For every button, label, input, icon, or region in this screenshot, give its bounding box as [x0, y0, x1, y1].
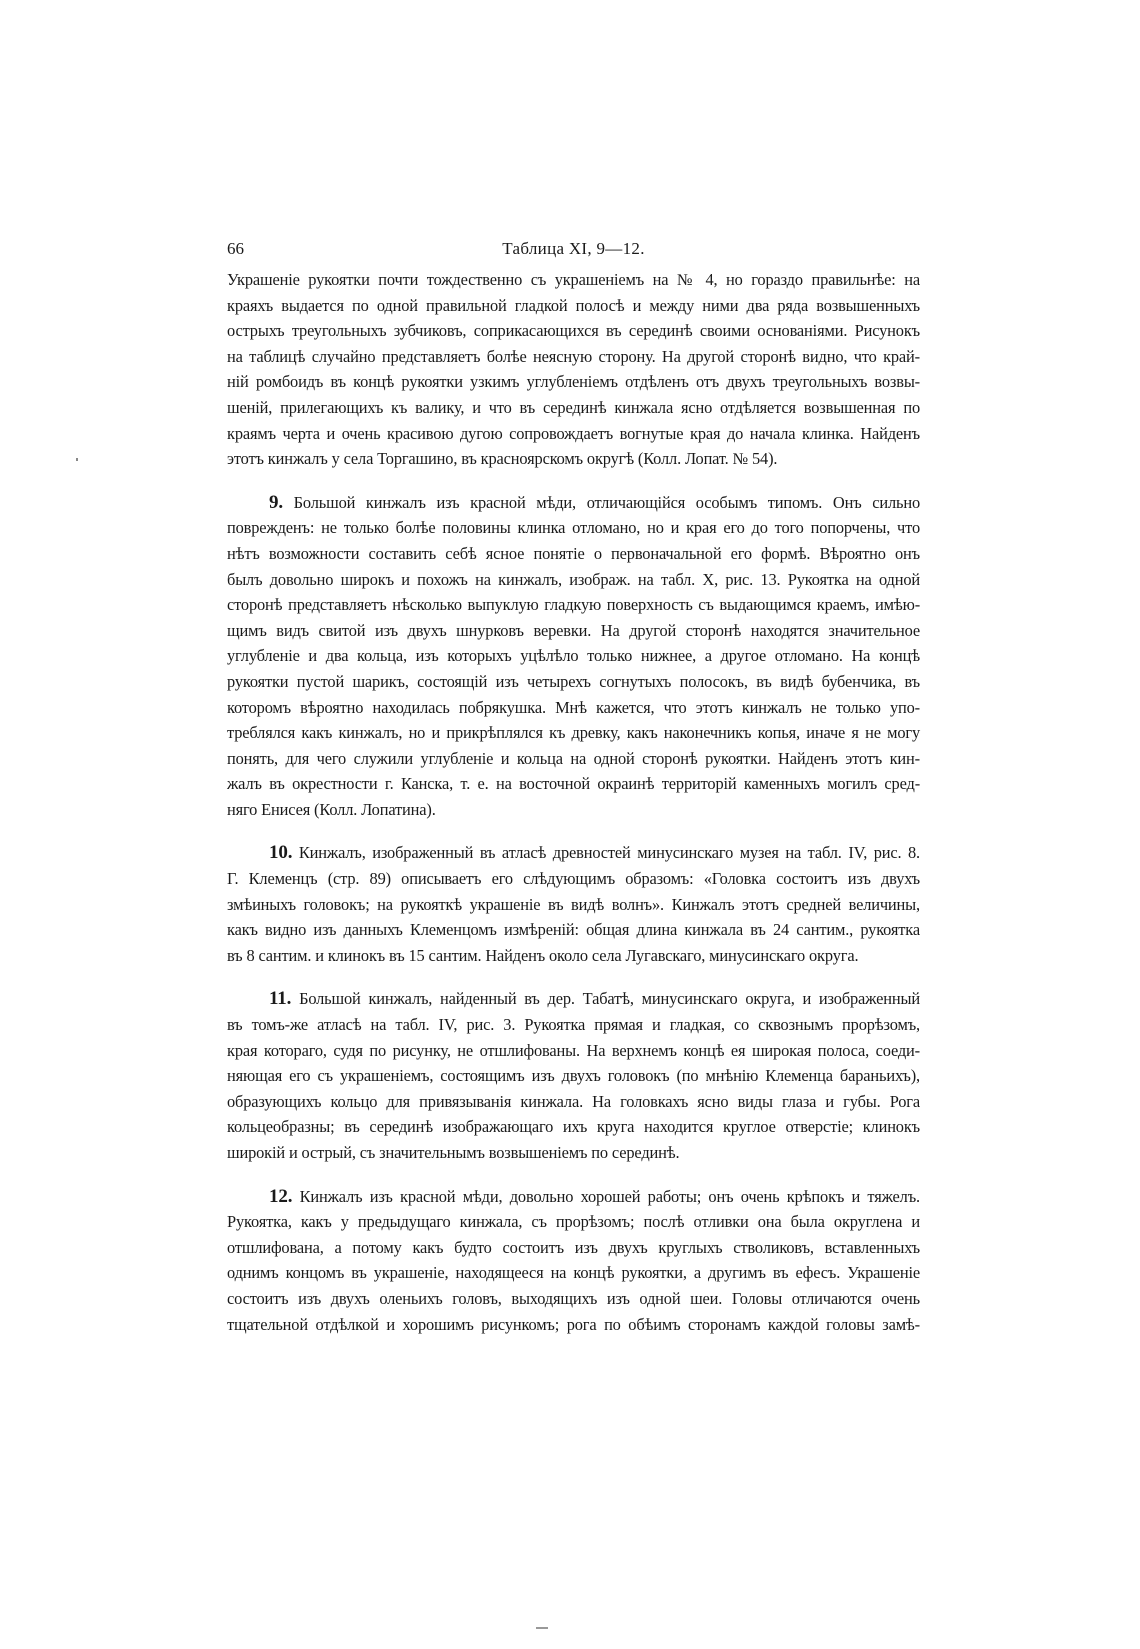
text-line: на таблицѣ случайно представляетъ болѣе …	[227, 344, 920, 370]
text-line: образующихъ кольцо для привязыванія кинж…	[227, 1089, 920, 1115]
text-line-content: Большой кинжалъ, найденный въ дер. Табат…	[299, 989, 920, 1008]
text-line-first: 9. Большой кинжалъ изъ красной мѣди, отл…	[227, 490, 920, 516]
text-line: Рукоятка, какъ у предыдущаго кинжала, съ…	[227, 1209, 920, 1235]
text-line: этотъ кинжалъ у села Торгашино, въ красн…	[227, 446, 920, 472]
text-line-content: Кинжалъ изъ красной мѣди, довольно хорош…	[300, 1187, 920, 1206]
text-line-first: 11. Большой кинжалъ, найденный въ дер. Т…	[227, 986, 920, 1012]
text-line: острыхъ треугольныхъ зубчиковъ, соприкас…	[227, 318, 920, 344]
text-line: ній ромбоидъ въ концѣ рукоятки узкимъ уг…	[227, 369, 920, 395]
paragraph-item-9: 9. Большой кинжалъ изъ красной мѣди, отл…	[227, 490, 920, 823]
text-line: въ 8 сантим. и клинокъ въ 15 сантим. Най…	[227, 943, 920, 969]
text-line: жалъ въ окрестности г. Канска, т. е. на …	[227, 771, 920, 797]
text-line: змѣиныхъ головокъ; на рукояткѣ украшеніе…	[227, 892, 920, 918]
text-line: углубленіе и два кольца, изъ которыхъ уц…	[227, 643, 920, 669]
text-line: Г. Клеменцъ (стр. 89) описываетъ его слѣ…	[227, 866, 920, 892]
item-number: 12.	[269, 1186, 292, 1207]
text-line-first: 10. Кинжалъ, изображенный въ атласѣ древ…	[227, 840, 920, 866]
scan-speck	[76, 458, 78, 461]
text-line-content: Большой кинжалъ изъ красной мѣди, отлича…	[294, 493, 920, 512]
text-line: края котораго, судя по рисунку, не отшли…	[227, 1038, 920, 1064]
text-line: треблялся какъ кинжалъ, но и прикрѣплялс…	[227, 720, 920, 746]
running-title: Таблица XI, 9—12.	[227, 239, 920, 259]
text-line: въ томъ-же атласѣ на табл. IV, рис. 3. Р…	[227, 1012, 920, 1038]
text-line-content: Кинжалъ, изображенный въ атласѣ древност…	[299, 843, 920, 862]
text-line: няющая его съ украшеніемъ, состоящимъ из…	[227, 1063, 920, 1089]
text-line: какъ видно изъ данныхъ Клеменцомъ измѣре…	[227, 917, 920, 943]
text-line: отшлифована, а потому какъ будто состоит…	[227, 1235, 920, 1261]
running-head: 66 Таблица XI, 9—12.	[227, 239, 920, 265]
text-line-first: 12. Кинжалъ изъ красной мѣди, довольно х…	[227, 1184, 920, 1210]
item-number: 10.	[269, 842, 292, 863]
text-line: Украшеніе рукоятки почти тождественно съ…	[227, 267, 920, 293]
text-line: былъ довольно широкъ и похожъ на кинжалъ…	[227, 567, 920, 593]
item-number: 9.	[269, 492, 283, 513]
paragraph-item-10: 10. Кинжалъ, изображенный въ атласѣ древ…	[227, 840, 920, 968]
text-line: нѣтъ возможности составить себѣ ясное по…	[227, 541, 920, 567]
scan-speck	[536, 1627, 548, 1629]
text-line: тщательной отдѣлкой и хорошимъ рисункомъ…	[227, 1312, 920, 1338]
text-line: сторонѣ представляетъ нѣсколько выпуклую…	[227, 592, 920, 618]
body-text: Украшеніе рукоятки почти тождественно съ…	[227, 267, 920, 1337]
text-line: рукоятки пустой шарикъ, состоящій изъ че…	[227, 669, 920, 695]
text-line: кольцеобразны; въ серединѣ изображающаго…	[227, 1114, 920, 1140]
document-page: 66 Таблица XI, 9—12. Украшеніе рукоятки …	[227, 239, 920, 1355]
text-line: однимъ концомъ въ украшеніе, находящееся…	[227, 1260, 920, 1286]
text-line: щимъ видъ свитой изъ двухъ шнурковъ вере…	[227, 618, 920, 644]
text-line: состоитъ изъ двухъ оленьихъ головъ, выхо…	[227, 1286, 920, 1312]
text-line: няго Енисея (Колл. Лопатина).	[227, 797, 920, 823]
text-line: шеній, прилегающихъ къ валику, и что въ …	[227, 395, 920, 421]
text-line: краямъ черта и очень красивою дугою сопр…	[227, 421, 920, 447]
text-line: поврежденъ: не только болѣе половины кли…	[227, 515, 920, 541]
paragraph-continuation: Украшеніе рукоятки почти тождественно съ…	[227, 267, 920, 472]
text-line: которомъ вѣроятно находилась побрякушка.…	[227, 695, 920, 721]
paragraph-item-12: 12. Кинжалъ изъ красной мѣди, довольно х…	[227, 1184, 920, 1338]
paragraph-item-11: 11. Большой кинжалъ, найденный въ дер. Т…	[227, 986, 920, 1165]
text-line: широкій и острый, съ значительнымъ возвы…	[227, 1140, 920, 1166]
item-number: 11.	[269, 988, 291, 1009]
text-line: понять, для чего служили углубленіе и ко…	[227, 746, 920, 772]
text-line: краяхъ выдается по одной правильной глад…	[227, 293, 920, 319]
